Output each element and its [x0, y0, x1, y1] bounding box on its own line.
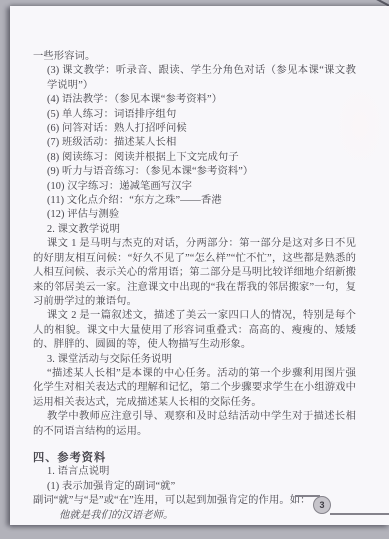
text-line: 课文 2 是一篇叙述文，描述了美云一家四口人的情况，特别是每个人的相貌。课文中大… [33, 309, 356, 352]
text-line: “描述某人长相”是本课的中心任务。活动的第一个步骤利用图片强化学生对相关表达式的… [33, 367, 356, 410]
text-line: 2. 课文教学说明 [33, 223, 356, 237]
text-line: 一些形容词。 [33, 50, 356, 64]
page-number: 3 [319, 500, 324, 510]
text-line: 课文 1 是马明与杰克的对话，分两部分：第一部分是这对多日不见的好朋友相互问候：… [33, 237, 356, 309]
text-line: (9) 听力与语音练习：（参见本课“参考资料”） [33, 165, 356, 179]
text-line: (5) 单人练习：词语排序组句 [33, 108, 356, 122]
text-line: (11) 文化点介绍：“东方之珠”——香港 [33, 194, 356, 208]
page-number-rule-left [295, 495, 320, 497]
book-page: 一些形容词。(3) 课文教学：听录音、跟读、学生分角色对话（参见本课“课文教学说… [10, 6, 389, 525]
page-number-badge: 3 [313, 496, 331, 514]
page-number-rule-right [330, 513, 389, 515]
text-line: (7) 班级活动：描述某人长相 [33, 136, 356, 150]
text-line: (10) 汉字练习：递减笔画写汉字 [33, 180, 356, 194]
text-line: 1. 语言点说明 [33, 465, 356, 479]
document-body: 一些形容词。(3) 课文教学：听录音、跟读、学生分角色对话（参见本课“课文教学说… [33, 50, 356, 523]
text-line: (6) 问答对话：熟人打招呼问候 [33, 122, 356, 136]
scan-background: 一些形容词。(3) 课文教学：听录音、跟读、学生分角色对话（参见本课“课文教学说… [0, 0, 389, 539]
text-line: (1) 表示加强肯定的副词“就” [33, 480, 356, 494]
text-line: 他就是我们的汉语老师。 [33, 509, 356, 523]
text-line: 教学中教师应注意引导、观察和及时总结活动中学生对于描述长相的不同语言结构的运用。 [33, 410, 356, 439]
section-heading: 四、参考资料 [33, 451, 356, 465]
text-line: 3. 课堂活动与交际任务说明 [33, 353, 356, 367]
text-line: (3) 课文教学：听录音、跟读、学生分角色对话（参见本课“课文教学说明”） [33, 64, 356, 93]
text-line: (8) 阅读练习：阅读并根据上下文完成句子 [33, 151, 356, 165]
text-line: (4) 语法教学：（参见本课“参考资料”） [33, 93, 356, 107]
text-line: (12) 评估与测验 [33, 208, 356, 222]
